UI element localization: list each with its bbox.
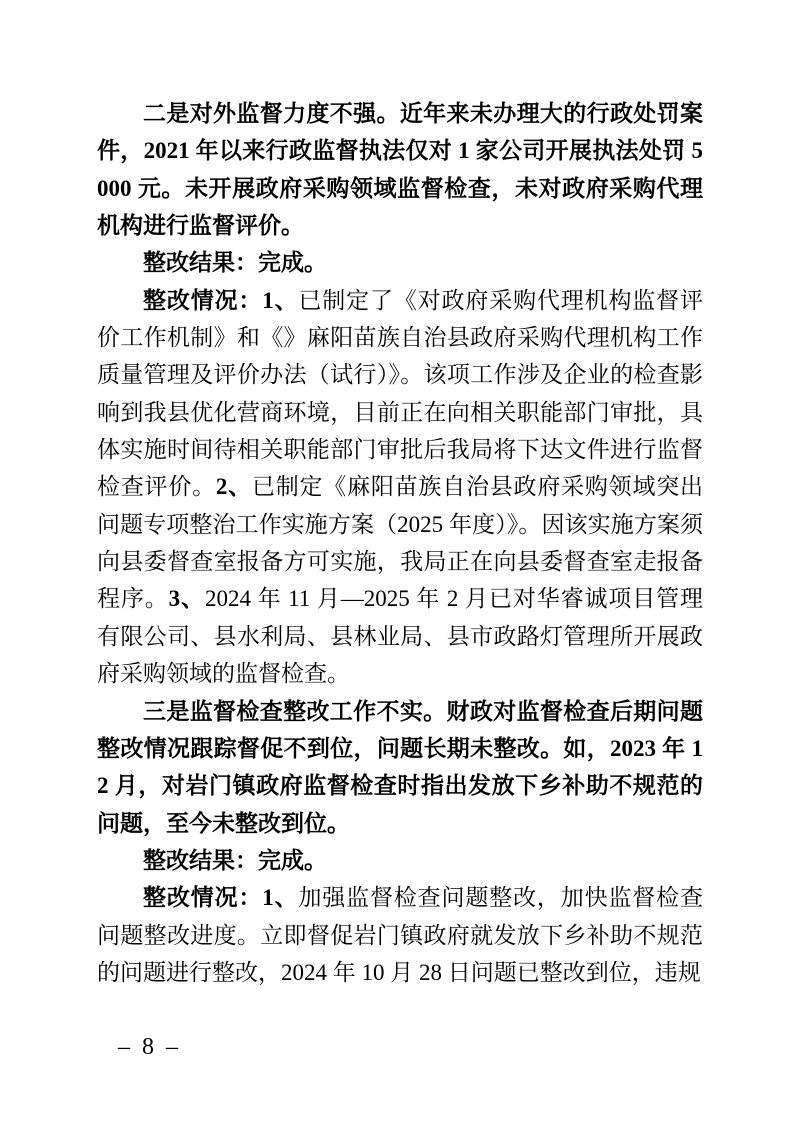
rectification-detail-label: 整改情况：1、 bbox=[143, 885, 298, 910]
rectification-result-label: 整改结果：完成。 bbox=[143, 848, 327, 873]
rectification-result-label: 整改结果：完成。 bbox=[143, 250, 327, 275]
document-content: 二是对外监督力度不强。近年来未办理大的行政处罚案件，2021 年以来行政监督执法… bbox=[97, 95, 703, 991]
paragraph-text: 三是监督检查整改工作不实。财政对监督检查后期问题整改情况跟踪督促不到位，问题长期… bbox=[97, 699, 703, 836]
page-number: – 8 – bbox=[118, 1034, 181, 1060]
page-footer: – 8 – bbox=[118, 1034, 181, 1061]
paragraph-rectification-result-2: 整改结果：完成。 bbox=[97, 842, 703, 879]
paragraph-problem-three: 三是监督检查整改工作不实。财政对监督检查后期问题整改情况跟踪督促不到位，问题长期… bbox=[97, 693, 703, 842]
document-page: 二是对外监督力度不强。近年来未办理大的行政处罚案件，2021 年以来行政监督执法… bbox=[0, 0, 793, 1122]
paragraph-rectification-result-1: 整改结果：完成。 bbox=[97, 244, 703, 281]
list-number-2: 2、 bbox=[216, 474, 252, 499]
paragraph-problem-two: 二是对外监督力度不强。近年来未办理大的行政处罚案件，2021 年以来行政监督执法… bbox=[97, 95, 703, 244]
rectification-detail-label: 整改情况：1、 bbox=[143, 288, 298, 313]
paragraph-rectification-detail-1: 整改情况：1、已制定了《对政府采购代理机构监督评价工作机制》和《》麻阳苗族自治县… bbox=[97, 282, 703, 693]
paragraph-text: 二是对外监督力度不强。近年来未办理大的行政处罚案件，2021 年以来行政监督执法… bbox=[97, 101, 703, 238]
list-number-3: 3、 bbox=[169, 586, 205, 611]
rectification-detail-item-1: 已制定了《对政府采购代理机构监督评价工作机制》和《》麻阳苗族自治县政府采购代理机… bbox=[97, 288, 703, 500]
paragraph-rectification-detail-2: 整改情况：1、加强监督检查问题整改，加快监督检查问题整改进度。立即督促岩门镇政府… bbox=[97, 879, 703, 991]
